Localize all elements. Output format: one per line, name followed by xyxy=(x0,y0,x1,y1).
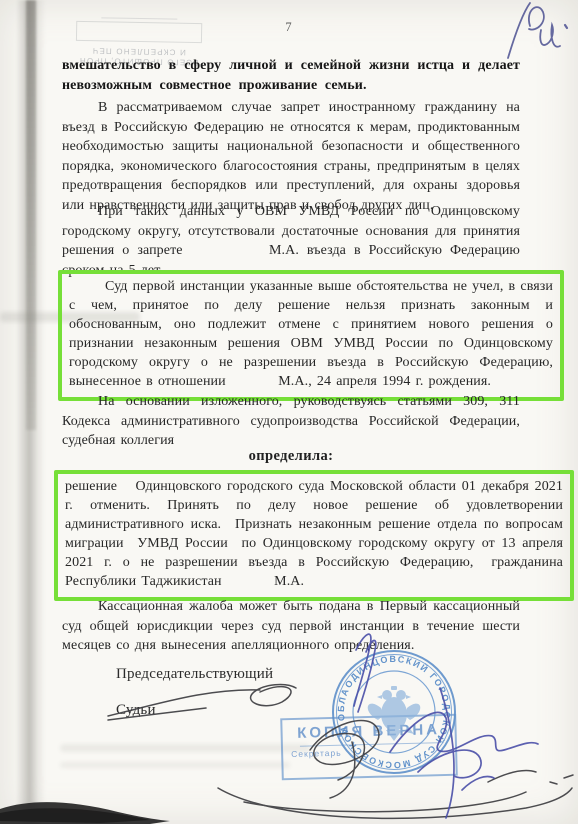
paragraph-no-grounds: При таких данных у ОВМ УМВД России по Од… xyxy=(62,202,520,280)
page-fold-shadow-upper xyxy=(26,0,36,430)
page-number: 7 xyxy=(60,20,518,35)
scan-corner-artifact xyxy=(0,793,180,824)
paragraph-legal-basis: На основании изложенного, руководствуясь… xyxy=(62,392,520,451)
handwritten-sheet-mark xyxy=(490,0,578,66)
ruling-heading: определила: xyxy=(62,448,520,465)
highlighted-paragraph-ruling: решение Одинцовского городского суда Мос… xyxy=(54,470,574,601)
paragraph-ban-measures: В рассматриваемом случае запрет иностран… xyxy=(62,98,520,216)
paragraph-intro: вмешательство в сферу личной и семейной … xyxy=(62,56,520,95)
highlighted-paragraph-court-error: Суд первой инстанции указанные выше обст… xyxy=(58,270,564,401)
scanned-court-document-page: ВСЕГО ПРОШИТО, ПРОН И СКРЕПЛЕНО ПЕЧ 7 вм… xyxy=(0,0,578,824)
